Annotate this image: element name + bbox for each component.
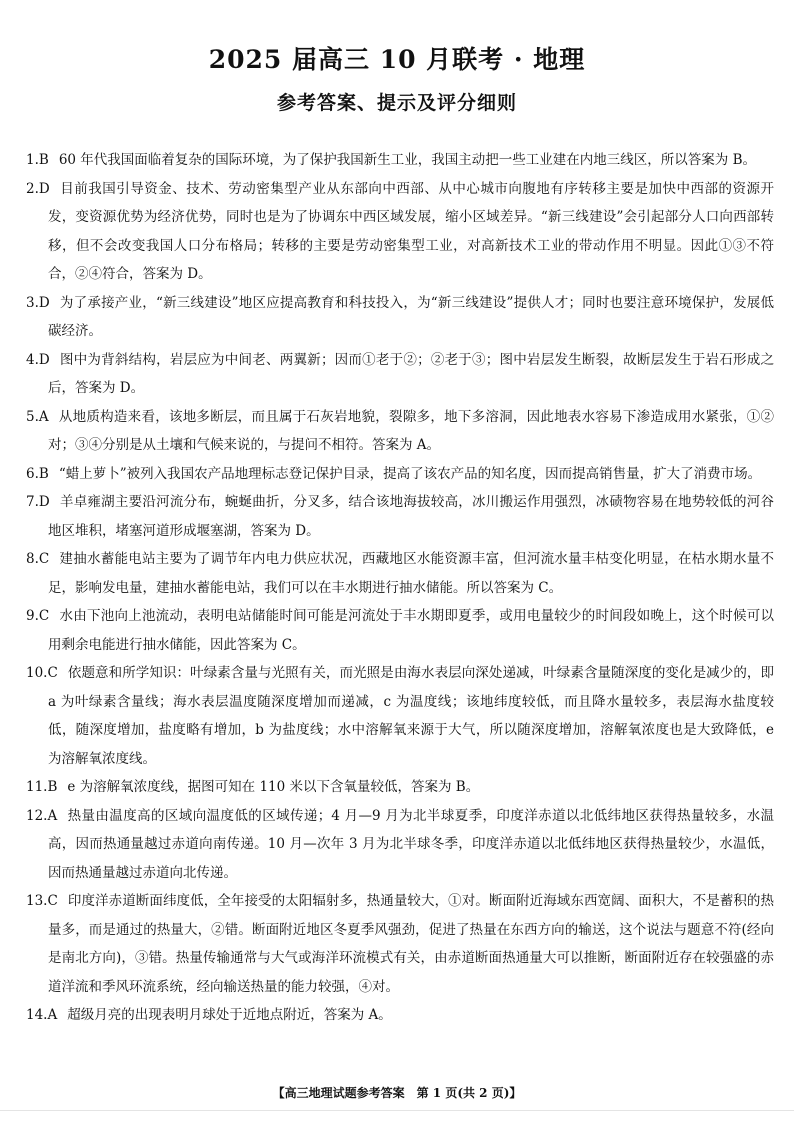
answer-number: 6.B: [26, 460, 49, 489]
answer-item-9: 9.C水由下池向上池流动，表明电站储能时间可能是河流处于丰水期即夏季，或用电量较…: [26, 602, 774, 659]
answer-item-1: 1.B60 年代我国面临着复杂的国际环境，为了保护我国新生工业，我国主动把一些工…: [26, 146, 774, 175]
answer-number: 7.D: [26, 488, 50, 517]
answer-explanation: 超级月亮的出现表明月球处于近地点附近，答案为 A。: [67, 1007, 392, 1023]
bottom-divider: [0, 1110, 794, 1111]
answer-item-2: 2.D目前我国引导资金、技术、劳动密集型产业从东部向中西部、从中心城市向腹地有序…: [26, 175, 774, 289]
answer-explanation: 为了承接产业，“新三线建设”地区应提高教育和科技投入，为“新三线建设”提供人才；…: [48, 295, 774, 340]
answer-explanation: 印度洋赤道断面纬度低，全年接受的太阳辐射多，热通量较大，①对。断面附近海域东西宽…: [48, 893, 774, 995]
page-title: 2025 届高三 10 月联考 · 地理: [0, 40, 794, 76]
answer-item-11: 11.Be 为溶解氧浓度线，据图可知在 110 米以下含氧量较低，答案为 B。: [26, 773, 774, 802]
answer-item-7: 7.D羊卓雍湖主要沿河流分布，蜿蜒曲折，分叉多，结合该地海拔较高，冰川搬运作用强…: [26, 488, 774, 545]
answer-number: 8.C: [26, 545, 49, 574]
answer-item-13: 13.C印度洋赤道断面纬度低，全年接受的太阳辐射多，热通量较大，①对。断面附近海…: [26, 887, 774, 1001]
answer-number: 12.A: [26, 802, 57, 831]
answer-number: 5.A: [26, 403, 49, 432]
answer-number: 13.C: [26, 887, 58, 916]
answer-number: 10.C: [26, 659, 58, 688]
answer-explanation: 羊卓雍湖主要沿河流分布，蜿蜒曲折，分叉多，结合该地海拔较高，冰川搬运作用强烈，冰…: [48, 494, 774, 539]
answer-explanation: 依题意和所学知识：叶绿素含量与光照有关，而光照是由海水表层向深处递减，叶绿素含量…: [48, 665, 774, 767]
answer-number: 1.B: [26, 146, 49, 175]
page-footer: 【高三地理试题参考答案 第 1 页(共 2 页)】: [0, 1084, 794, 1101]
answer-item-5: 5.A从地质构造来看，该地多断层，而且属于石灰岩地貌，裂隙多，地下多溶洞，因此地…: [26, 403, 774, 460]
answer-number: 3.D: [26, 289, 50, 318]
answer-number: 11.B: [26, 773, 57, 802]
answer-item-14: 14.A超级月亮的出现表明月球处于近地点附近，答案为 A。: [26, 1001, 774, 1030]
answer-item-12: 12.A热量由温度高的区域向温度低的区域传递；4 月—9 月为北半球夏季，印度洋…: [26, 802, 774, 888]
answer-explanation: 热量由温度高的区域向温度低的区域传递；4 月—9 月为北半球夏季，印度洋赤道以北…: [48, 808, 774, 881]
answer-list: 1.B60 年代我国面临着复杂的国际环境，为了保护我国新生工业，我国主动把一些工…: [26, 146, 774, 1030]
answer-item-6: 6.B“蜡上萝卜”被列入我国农产品地理标志登记保护目录，提高了该农产品的知名度，…: [26, 460, 774, 489]
answer-item-10: 10.C依题意和所学知识：叶绿素含量与光照有关，而光照是由海水表层向深处递减，叶…: [26, 659, 774, 773]
answer-explanation: 水由下池向上池流动，表明电站储能时间可能是河流处于丰水期即夏季，或用电量较少的时…: [48, 608, 774, 653]
answer-explanation: 图中为背斜结构，岩层应为中间老、两翼新；因而①老于②；②老于③；图中岩层发生断裂…: [48, 352, 774, 397]
answer-item-8: 8.C建抽水蓄能电站主要为了调节年内电力供应状况，西藏地区水能资源丰富，但河流水…: [26, 545, 774, 602]
answer-item-4: 4.D图中为背斜结构，岩层应为中间老、两翼新；因而①老于②；②老于③；图中岩层发…: [26, 346, 774, 403]
answer-explanation: 60 年代我国面临着复杂的国际环境，为了保护我国新生工业，我国主动把一些工业建在…: [59, 152, 756, 168]
answer-explanation: “蜡上萝卜”被列入我国农产品地理标志登记保护目录，提高了该农产品的知名度，因而提…: [59, 466, 761, 482]
answer-explanation: 从地质构造来看，该地多断层，而且属于石灰岩地貌，裂隙多，地下多溶洞，因此地表水容…: [48, 409, 774, 454]
answer-number: 4.D: [26, 346, 50, 375]
page-subtitle: 参考答案、提示及评分细则: [0, 88, 794, 115]
answer-number: 14.A: [26, 1001, 57, 1030]
answer-number: 9.C: [26, 602, 49, 631]
answer-explanation: 目前我国引导资金、技术、劳动密集型产业从东部向中西部、从中心城市向腹地有序转移主…: [48, 181, 774, 283]
answer-number: 2.D: [26, 175, 50, 204]
answer-explanation: e 为溶解氧浓度线，据图可知在 110 米以下含氧量较低，答案为 B。: [67, 779, 479, 795]
answer-explanation: 建抽水蓄能电站主要为了调节年内电力供应状况，西藏地区水能资源丰富，但河流水量丰枯…: [48, 551, 774, 596]
answer-item-3: 3.D为了承接产业，“新三线建设”地区应提高教育和科技投入，为“新三线建设”提供…: [26, 289, 774, 346]
